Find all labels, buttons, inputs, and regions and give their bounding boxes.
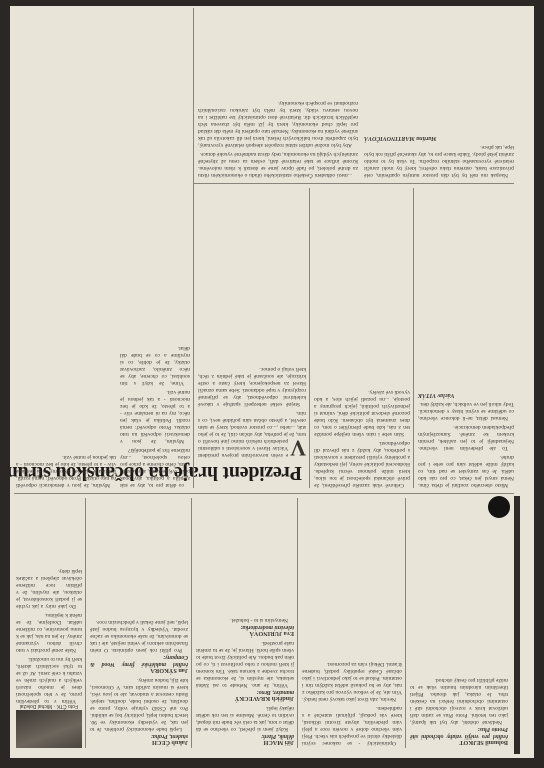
article-column-3: V e svém novoročním projevu prezident Vá… [198, 188, 306, 458]
middle-paragraph: co dělat pro to, aby se stát zlepšila a … [120, 446, 190, 488]
column-rule [413, 188, 414, 488]
binding-bar [514, 496, 520, 754]
article-paragraph: Místo obecného zoufání je třeba činu. Ne… [418, 453, 514, 488]
respondent-answer: Věřím, že ano. Nebude to asi žádná selan… [196, 639, 294, 688]
survey-intro-column: Věřím v to především proto, že v této sp… [16, 504, 82, 704]
column-rule [297, 498, 298, 748]
survey-column-2: Jiří MACH dělník, Plzeň: Když jsem si př… [196, 496, 294, 746]
closing-paragraph: Optimistický - se nakonec svými důsledky… [302, 704, 402, 746]
column-rule [309, 188, 310, 488]
respondent-role: dělník, Plzeň: [196, 732, 294, 739]
section-rule [14, 493, 514, 494]
economy-column-1: Naopak mu měl by být dán prostor nutným … [364, 18, 514, 178]
photo-credit: Foto ČTK · Michal Doležal [20, 703, 78, 709]
intro-paragraph: Věřím v to především proto, že v této sp… [16, 655, 82, 704]
article-paragraph: To ale především není všechno. Nejsnadně… [418, 423, 514, 451]
right-lower-column: Myslím, že jsou v demokracii odpovědí na… [16, 18, 116, 488]
column-rule [85, 498, 86, 748]
respondent-answer: Lepší bude ekonomický problém. Je to jen… [90, 676, 188, 732]
column-rule [405, 498, 406, 748]
middle-paragraph: Víme, že když s tím souhlasí, co chceme,… [120, 344, 190, 386]
intro-paragraph: Do jaké míry a jak rychle se ji podaří k… [16, 567, 82, 609]
newspaper-page: Bohumil SEJKOT ředitel pro vnější vztahy… [10, 6, 534, 758]
respondent-role: ředitel pro vnější vztahy obchodní sítě … [410, 725, 508, 739]
survey-column-3: Jakub ČECH student, Praha: Lepší bude ek… [90, 496, 188, 746]
section-rule [194, 183, 514, 184]
article-column-2: Celkově však zaznělo přesvědčení, že prá… [314, 188, 410, 488]
respondent-answer: Nemyslím si to - bohužel. [196, 616, 294, 623]
article-column-1: Místo obecného zoufání je třeba činu. Ne… [418, 188, 514, 488]
article-paragraph: Stejně velké nebezpečí spatřuje v takové… [198, 365, 306, 407]
article-paragraph: Nemusí dělat, ne-li dokonce všechno, co … [418, 400, 514, 421]
respondent-answer: Když jsem si přečetl, co všechno se dá d… [196, 704, 294, 732]
survey-closing-column: Optimistický - se nakonec svými důsledky… [302, 506, 402, 746]
respondent-answer: Nedávné období, aby byl tak špatný, jako… [410, 676, 508, 725]
middle-column: co dělat pro to, aby se stát zlepšila a … [120, 188, 190, 488]
survey-column-1: Bohumil SEJKOT ředitel pro vnější vztahy… [410, 506, 508, 746]
intro-paragraph: Naše země prochází v tuto chvíli dobou v… [16, 611, 82, 653]
article-paragraph: Celkově však zaznělo přesvědčení, že prá… [314, 439, 410, 488]
respondent-name: Eva JURINOVÁ [196, 630, 294, 637]
respondent-role: televizní moderátorka: [196, 623, 294, 630]
news-photo [16, 710, 82, 748]
respondent-name: Jiří MACH [196, 739, 294, 746]
middle-paragraph: Myslím, že jsou v demokracii odpovědí na… [120, 388, 190, 444]
respondent-name: Jan SÝKORA [90, 667, 188, 674]
column-rule [193, 8, 194, 488]
respondent-role: manažer, Brno: [196, 688, 294, 695]
respondent-role: ředitel makléřské firmy Wood & Company: [90, 653, 188, 667]
economy-paragraph: Naopak mu měl by být dán prostor nutným … [364, 143, 514, 178]
respondent-name: Jindřich KRAVECKÝ [196, 695, 294, 702]
economy-paragraph: ...mezi odhadem Českého statistického úř… [198, 150, 358, 178]
economy-column-2: ...mezi odhadem Českého statistického úř… [198, 18, 358, 178]
drop-cap: V [290, 438, 306, 458]
middle-paragraph: Myslím, že jsou v demokracii odpovědí na… [16, 453, 116, 488]
respondent-name: Bohumil SEJKOT [410, 739, 508, 746]
respondent-name: Jakub ČECH [90, 739, 188, 746]
economy-paragraph: Aby bylo možné udržet státní rozpočet al… [198, 99, 358, 148]
respondent-answer: Pro příští rok jsem optimista. O mém fin… [90, 618, 188, 653]
economy-author: Martina MARTINOVIČOVÁ [364, 134, 514, 141]
article-paragraph: Sám sebe i nám všem nejlépe pomůže ten z… [314, 388, 410, 437]
column-rule [191, 498, 192, 748]
closing-paragraph: Nevím, zda život jako takový není hezký.… [302, 660, 402, 702]
article-author: Václav VITÁK [418, 391, 514, 398]
respondent-role: student, Praha: [90, 732, 188, 739]
